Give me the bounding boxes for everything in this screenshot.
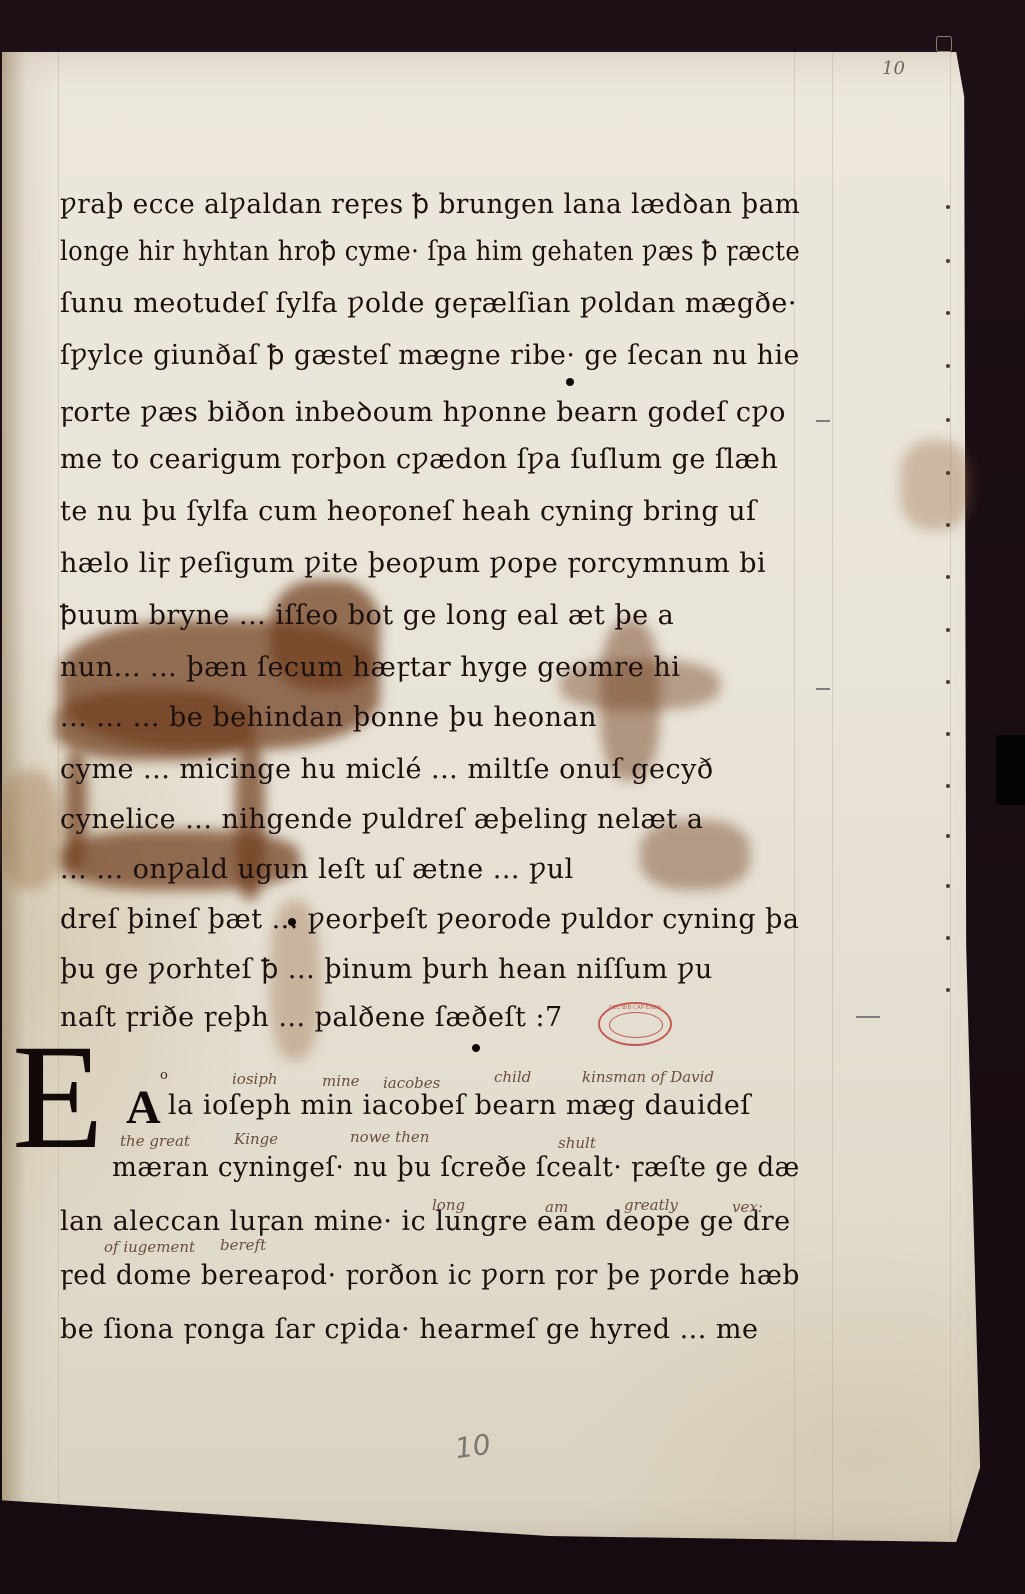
- folio-number-bottom: 10: [453, 1428, 493, 1466]
- text-line: la ioſeph min iacobeſ bearn mæg dauideſ: [168, 1090, 751, 1121]
- prick-mark: [946, 732, 950, 736]
- stain-right-margin: [900, 440, 970, 530]
- ink-dot: [566, 378, 574, 386]
- stamp-inner-ring: [609, 1012, 663, 1038]
- stain-margin-left: [0, 770, 60, 890]
- text-line: ... ... ... be behindan þonne þu heonan: [60, 702, 597, 733]
- text-line: þu ge ƿorhteſ ꝥ ... þinum þurh hean niſſ…: [60, 954, 713, 985]
- interlinear-gloss: iosiph: [232, 1070, 278, 1088]
- interlinear-gloss: Kinge: [234, 1130, 278, 1148]
- prick-mark: [946, 523, 950, 527]
- prick-mark: [946, 784, 950, 788]
- ruling-line-right-outer: [832, 52, 833, 1542]
- folio-number-top: 10: [882, 58, 905, 79]
- prick-mark: [946, 471, 950, 475]
- ink-dot: [288, 918, 296, 926]
- interlinear-gloss: the great: [120, 1132, 190, 1150]
- prick-mark: [946, 259, 950, 263]
- prick-mark: [946, 936, 950, 940]
- prick-mark: [946, 205, 950, 209]
- prick-mark: [946, 311, 950, 315]
- text-line: naſt ꝼriðe ꝼeþh ... palðene ſæðeſt :7: [60, 1002, 563, 1033]
- text-line: ſunu meotudeſ ſylfa ƿolde geꝼælſian ƿold…: [60, 288, 797, 319]
- text-line: ꝼorte ƿæs biðon inbeꝺoum hƿonne bearn go…: [60, 392, 786, 429]
- interlinear-gloss: mine: [322, 1072, 360, 1090]
- interlinear-gloss: long: [432, 1196, 465, 1214]
- text-line: nun... ... þæn ſecum hæꝼtar hyge geomre …: [60, 652, 680, 683]
- superscript-o: o: [160, 1068, 168, 1083]
- prick-mark: [946, 364, 950, 368]
- backdrop-shadow: [996, 735, 1025, 805]
- prick-mark: [946, 988, 950, 992]
- capital-a: A: [126, 1086, 161, 1130]
- ruling-line-left: [58, 52, 59, 1542]
- text-line: ... ... onƿald ugun leſt uſ ætne ... ƿul: [60, 854, 574, 885]
- stamp-text: DEC·BIB·CAP·EXON: [600, 1005, 670, 1011]
- margin-dash: [856, 1016, 880, 1018]
- interlinear-gloss: kinsman of David: [582, 1068, 714, 1086]
- text-line: mæran cyningeſ· nu þu ſcreðe ſcealt· ꝼæſ…: [112, 1152, 800, 1183]
- interlinear-gloss: iacobes: [383, 1074, 440, 1092]
- corner-mark: [936, 36, 952, 52]
- decorated-initial-e: E: [12, 1038, 120, 1156]
- text-line: cynelice ... nihgende ƿuldreſ æþeling ne…: [60, 804, 703, 835]
- text-line: be ſiona ꝼonga ſar cƿida· hearmeſ ge hyr…: [60, 1314, 759, 1345]
- text-line: me to cearigum ꝼorþon cƿædon ſƿa ſuſlum …: [60, 444, 778, 475]
- prick-mark: [946, 575, 950, 579]
- text-line: lan aleccan luꝼan mine· ic lungre eam de…: [60, 1206, 791, 1237]
- ruling-line-prick-column: [950, 52, 951, 1542]
- text-line: cyme ... micinge hu miclé ... miltſe onu…: [60, 754, 714, 785]
- text-line: hælo liꝼ ƿeſigum ƿite þeoƿum ƿope ꝼorcym…: [60, 548, 766, 579]
- prick-mark: [946, 418, 950, 422]
- interlinear-gloss: bereft: [220, 1236, 266, 1254]
- text-line: longe hir hyhtan hroꝥ cyme· ſpa him geha…: [60, 236, 800, 267]
- text-line: ƿraþ ecce alƿaldan reꝼes ꝥ brungen lana …: [60, 184, 800, 221]
- interlinear-gloss: of iugement: [104, 1238, 195, 1256]
- interlinear-gloss: greatly: [624, 1196, 678, 1214]
- text-line: ſƿylce giunðaſ ꝥ gæsteſ mægne ribe· ge ſ…: [60, 340, 800, 371]
- text-line: te nu þu ſylfa cum heoꝼoneſ heah cyning …: [60, 496, 757, 527]
- prick-mark: [946, 628, 950, 632]
- interlinear-gloss: vex:: [732, 1198, 763, 1216]
- prick-mark: [946, 884, 950, 888]
- library-stamp: DEC·BIB·CAP·EXON: [598, 1002, 672, 1046]
- interlinear-gloss: shult: [558, 1134, 596, 1152]
- prick-mark: [946, 680, 950, 684]
- margin-dash: [816, 420, 830, 422]
- margin-dash: [816, 688, 830, 690]
- ink-dot: [472, 1044, 480, 1052]
- text-line: dreſ þineſ þæt ... ƿeorþeſt ƿeorode ƿuld…: [60, 904, 799, 935]
- text-line: ꝥuum bryne ... iſſeo bot ge long eal æt …: [60, 600, 674, 631]
- text-line: ꝼed dome bereaꝼod· ꝼorðon ic ƿorn ꝼor þe…: [60, 1260, 800, 1291]
- interlinear-gloss: am: [545, 1198, 568, 1216]
- ruling-line-right-inner: [794, 52, 795, 1542]
- prick-mark: [946, 834, 950, 838]
- interlinear-gloss: child: [494, 1068, 531, 1086]
- interlinear-gloss: nowe then: [350, 1128, 429, 1146]
